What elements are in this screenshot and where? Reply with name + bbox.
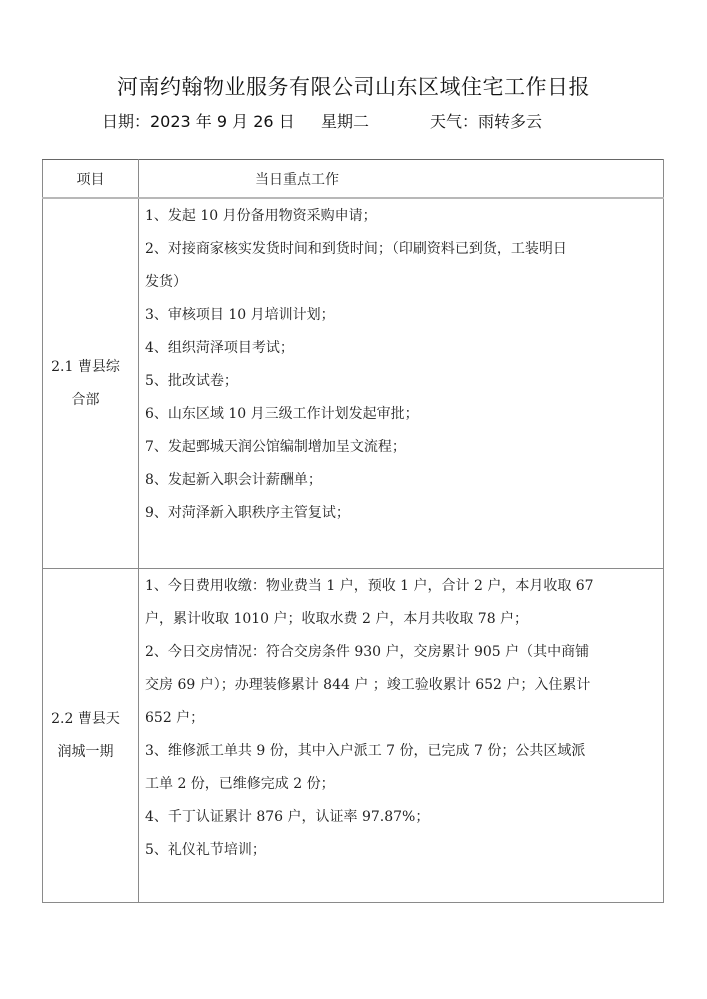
report-title: 河南约翰物业服务有限公司山东区域住宅工作日报 xyxy=(0,71,707,101)
item-label: 2.1 曹县综合部 xyxy=(43,199,138,568)
work-line: 2、今日交房情况：符合交房条件 930 户，交房累计 905 户（其中商铺 xyxy=(145,636,657,669)
work-line: 1、发起 10 月份备用物资采购申请； xyxy=(145,200,657,233)
table-header-row: 项目 当日重点工作 xyxy=(43,160,664,199)
work-line: 发货） xyxy=(145,266,657,299)
item-cell: 2.1 曹县综合部 xyxy=(43,198,139,569)
work-line: 3、审核项目 10 月培训计划； xyxy=(145,299,657,332)
work-line: 652 户； xyxy=(145,702,657,735)
work-list: 1、发起 10 月份备用物资采购申请； 2、对接商家核实发货时间和到货时间；（印… xyxy=(139,199,663,530)
work-line: 7、发起鄄城天润公馆编制增加呈文流程； xyxy=(145,431,657,464)
work-cell: 1、今日费用收缴：物业费当 1 户，预收 1 户，合计 2 户，本月收取 67 … xyxy=(139,569,664,903)
work-cell: 1、发起 10 月份备用物资采购申请； 2、对接商家核实发货时间和到货时间；（印… xyxy=(139,198,664,569)
table-row: 2.2 曹县天润城一期 1、今日费用收缴：物业费当 1 户，预收 1 户，合计 … xyxy=(43,569,664,903)
work-line: 8、发起新入职会计薪酬单； xyxy=(145,464,657,497)
work-line: 4、千丁认证累计 876 户，认证率 97.87%； xyxy=(145,801,657,834)
work-line: 户，累计收取 1010 户；收取水费 2 户，本月共收取 78 户； xyxy=(145,603,657,636)
header-work: 当日重点工作 xyxy=(139,160,664,199)
work-line: 5、礼仪礼节培训； xyxy=(145,834,657,867)
work-line: 5、批改试卷； xyxy=(145,365,657,398)
work-list: 1、今日费用收缴：物业费当 1 户，预收 1 户，合计 2 户，本月收取 67 … xyxy=(139,569,663,867)
work-line: 9、对菏泽新入职秩序主管复试； xyxy=(145,497,657,530)
report-weather: 天气：雨转多云 xyxy=(430,109,542,132)
work-line: 交房 69 户）；办理装修累计 844 户 ；竣工验收累计 652 户；入住累计 xyxy=(145,669,657,702)
work-line: 4、组织菏泽项目考试； xyxy=(145,332,657,365)
work-line: 2、对接商家核实发货时间和到货时间；（印刷资料已到货，工装明日 xyxy=(145,233,657,266)
header-item: 项目 xyxy=(43,160,139,199)
item-label: 2.2 曹县天润城一期 xyxy=(43,569,138,902)
report-weekday: 星期二 xyxy=(321,109,369,132)
work-line: 6、山东区域 10 月三级工作计划发起审批； xyxy=(145,398,657,431)
daily-work-table: 项目 当日重点工作 2.1 曹县综合部 1、发起 10 月份备用物资采购申请； … xyxy=(42,159,664,903)
table-row: 2.1 曹县综合部 1、发起 10 月份备用物资采购申请； 2、对接商家核实发货… xyxy=(43,198,664,569)
item-cell: 2.2 曹县天润城一期 xyxy=(43,569,139,903)
work-line: 1、今日费用收缴：物业费当 1 户，预收 1 户，合计 2 户，本月收取 67 xyxy=(145,570,657,603)
work-line: 3、维修派工单共 9 份，其中入户派工 7 份，已完成 7 份；公共区域派 xyxy=(145,735,657,768)
report-date: 日期：2023 年 9 月 26 日 xyxy=(102,109,295,132)
work-line: 工单 2 份，已维修完成 2 份； xyxy=(145,768,657,801)
